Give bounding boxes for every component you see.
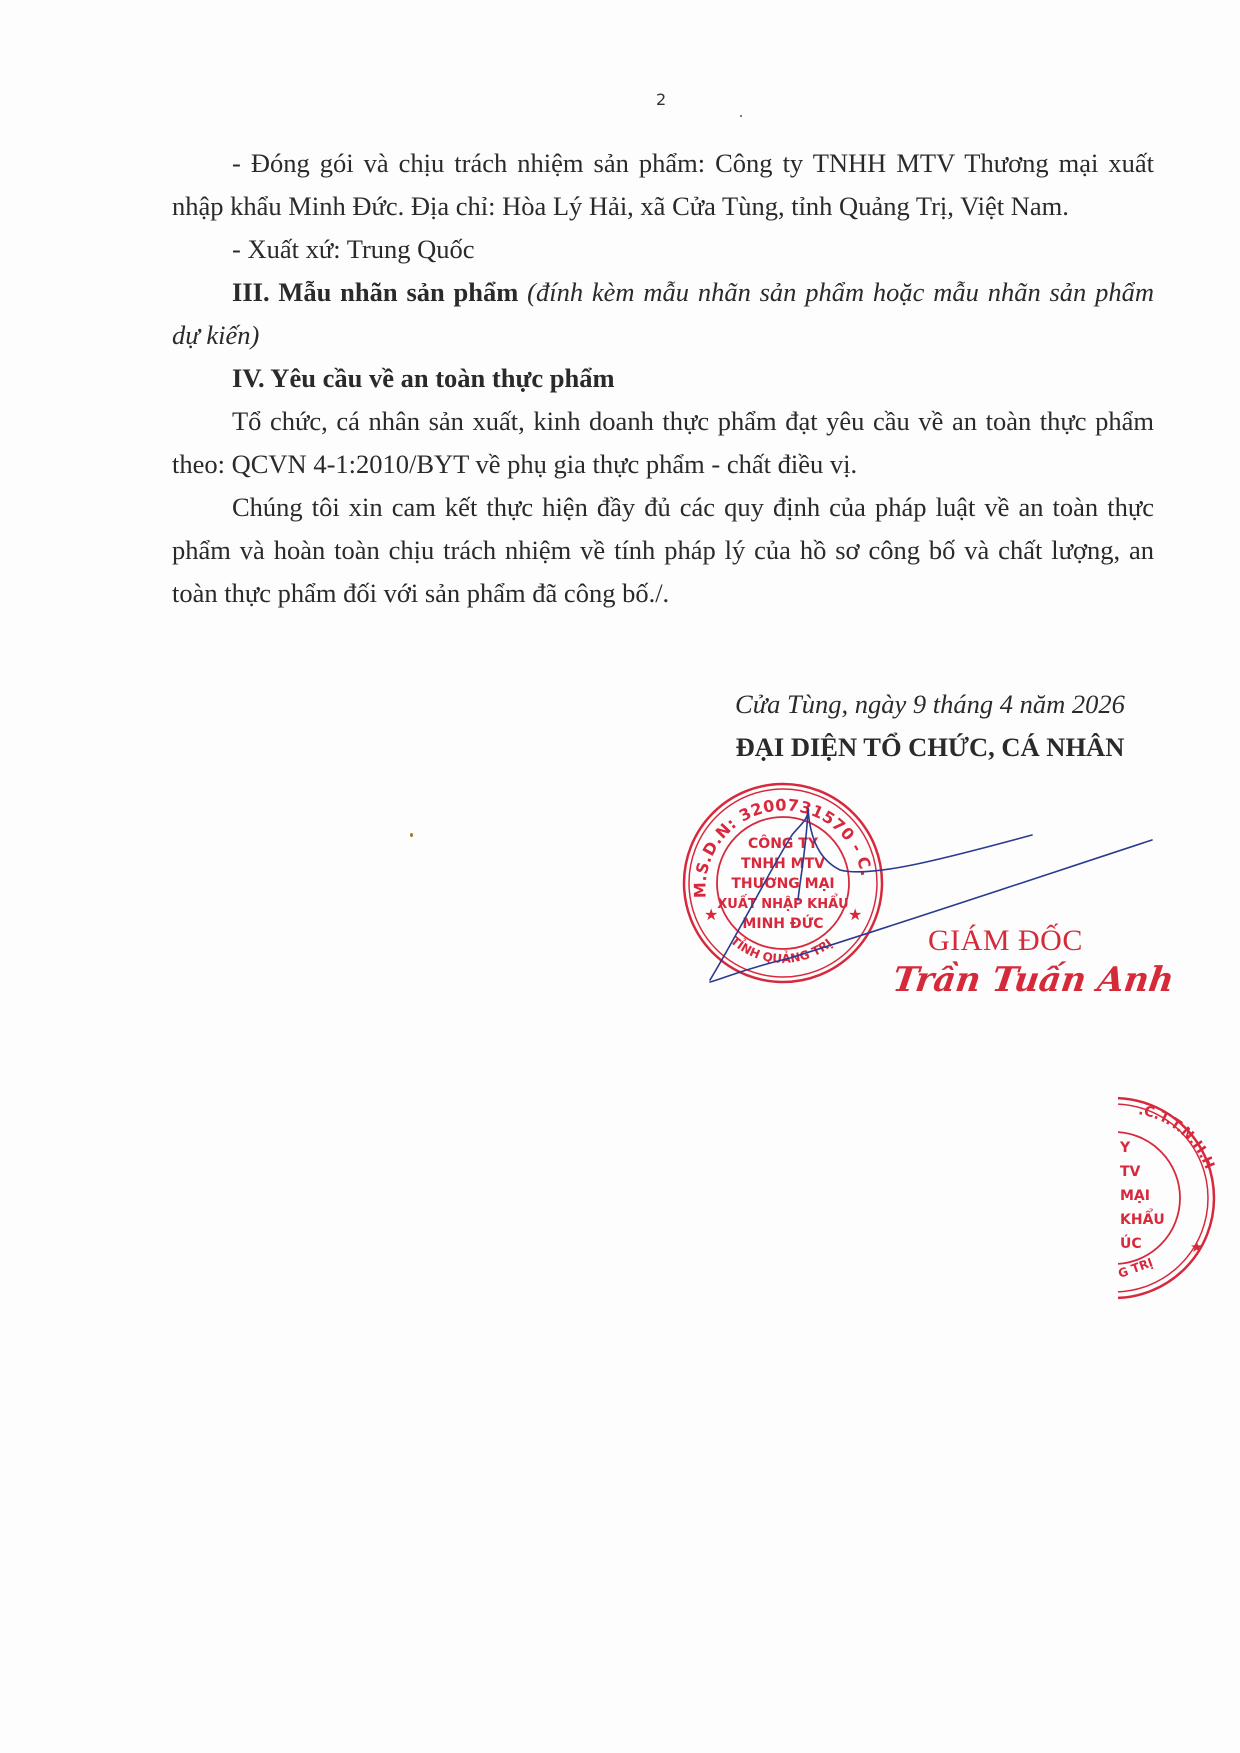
section-4-heading: IV. Yêu cầu về an toàn thực phẩm <box>172 357 1154 400</box>
seam-line: MẠI <box>1120 1188 1150 1204</box>
page-number: 2 <box>656 90 666 109</box>
scan-speck <box>410 833 413 837</box>
seam-stamp-graphic: .C.T.T.N.H.H Y TV MẠI KHẨU ÚC G TRỊ ★ <box>1118 1092 1228 1304</box>
seam-stamp-partial: .C.T.T.N.H.H Y TV MẠI KHẨU ÚC G TRỊ ★ <box>1118 1092 1228 1304</box>
packaging-paragraph: - Đóng gói và chịu trách nhiệm sản phẩm:… <box>172 142 1154 228</box>
section-3: III. Mẫu nhãn sản phẩm (đính kèm mẫu nhã… <box>172 271 1154 357</box>
seam-line: ÚC <box>1120 1234 1142 1252</box>
origin-line: - Xuất xứ: Trung Quốc <box>172 228 1154 271</box>
commitment-paragraph: Chúng tôi xin cam kết thực hiện đầy đủ c… <box>172 486 1154 615</box>
place-date: Cửa Tùng, ngày 9 tháng 4 năm 2026 <box>640 683 1160 725</box>
section-3-heading: III. Mẫu nhãn sản phẩm <box>232 277 518 307</box>
director-title: GIÁM ĐỐC <box>928 924 1083 958</box>
svg-text:.C.T.T.N.H.H: .C.T.T.N.H.H <box>1137 1102 1217 1171</box>
section-4-paragraph: Tổ chức, cá nhân sản xuất, kinh doanh th… <box>172 400 1154 486</box>
seam-line: KHẨU <box>1120 1208 1165 1228</box>
seam-line: TV <box>1120 1164 1141 1180</box>
director-name: Trần Tuấn Anh <box>890 960 1176 1000</box>
scan-speck <box>740 115 742 117</box>
seam-ring-text: .C.T.T.N.H.H <box>1137 1102 1217 1171</box>
signature-block: Cửa Tùng, ngày 9 tháng 4 năm 2026 ĐẠI DI… <box>640 683 1160 769</box>
star-icon: ★ <box>1190 1238 1203 1256</box>
representative-heading: ĐẠI DIỆN TỔ CHỨC, CÁ NHÂN <box>640 725 1160 769</box>
seam-line: Y <box>1119 1140 1131 1156</box>
document-body: - Đóng gói và chịu trách nhiệm sản phẩm:… <box>172 142 1154 615</box>
